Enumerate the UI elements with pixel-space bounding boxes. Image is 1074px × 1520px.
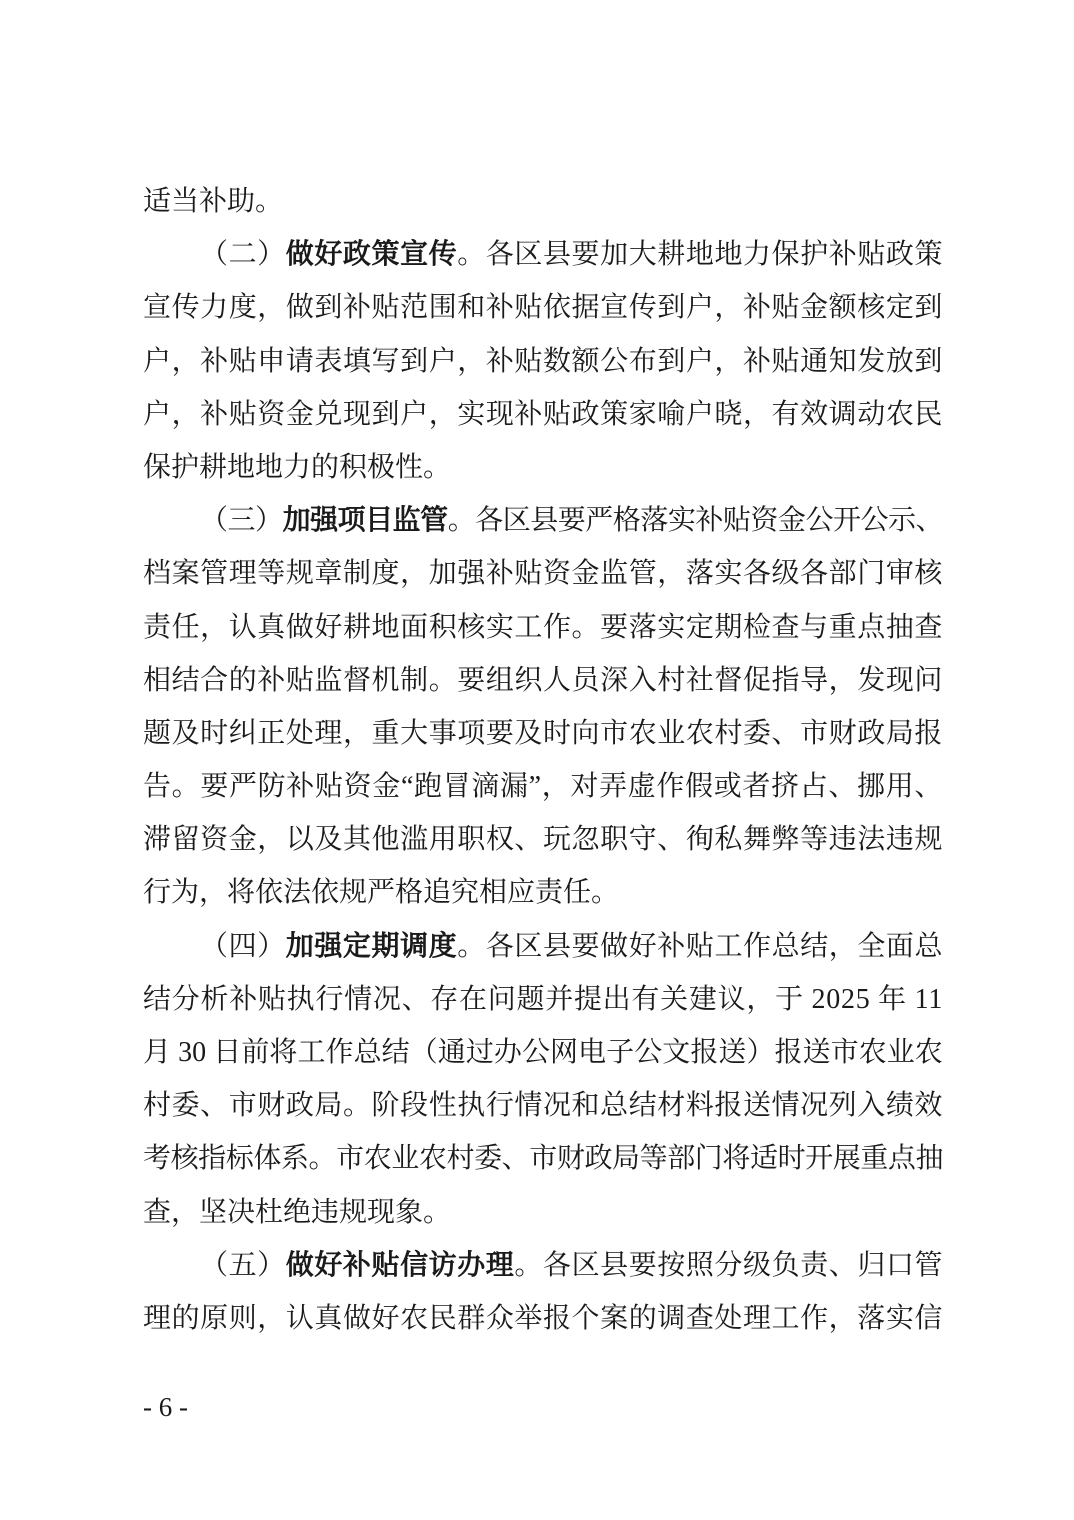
text-line: 户，补贴资金兑现到户，实现补贴政策家喻户晓，有效调动农民 [143,388,943,441]
text-segment: （四） [200,931,286,962]
text-line-content: 保护耕地地力的积极性。 [143,452,451,483]
text-segment: 滞留资金，以及其他滥用职权、玩忽职守、徇私舞弊等违法违规 [143,824,943,855]
section-heading: 做好政策宣传 [286,239,457,270]
text-segment: 查，坚决杜绝违规现象。 [143,1197,451,1228]
text-line-content: 户，补贴资金兑现到户，实现补贴政策家喻户晓，有效调动农民 [143,399,943,430]
text-line-content: 适当补助。 [143,186,283,217]
text-segment: 。各区县要做好补贴工作总结，全面总 [457,931,943,962]
text-line-content: 查，坚决杜绝违规现象。 [143,1197,451,1228]
text-line: （三）加强项目监管。各区县要严格落实补贴资金公开公示、 [143,494,943,547]
text-segment: 。各区县要严格落实补贴资金公开公示、 [448,505,943,536]
text-line-content: 考核指标体系。市农业农村委、市财政局等部门将适时开展重点抽 [143,1143,943,1174]
text-segment: 相结合的补贴监督机制。要组织人员深入村社督促指导，发现问 [143,665,943,696]
text-line: 责任，认真做好耕地面积核实工作。要落实定期检查与重点抽查 [143,601,943,654]
text-line: 村委、市财政局。阶段性执行情况和总结材料报送情况列入绩效 [143,1079,943,1132]
text-line: 理的原则，认真做好农民群众举报个案的调查处理工作，落实信 [143,1292,943,1345]
text-segment: 题及时纠正处理，重大事项要及时向市农业农村委、市财政局报 [143,718,943,749]
text-segment: 适当补助。 [143,186,283,217]
text-segment: 告。要严防补贴资金“跑冒滴漏”，对弄虚作假或者挤占、挪用、 [143,771,943,802]
text-line: 题及时纠正处理，重大事项要及时向市农业农村委、市财政局报 [143,707,943,760]
text-segment: 户，补贴资金兑现到户，实现补贴政策家喻户晓，有效调动农民 [143,399,943,430]
text-line: 滞留资金，以及其他滥用职权、玩忽职守、徇私舞弊等违法违规 [143,813,943,866]
text-segment: 户，补贴申请表填写到户，补贴数额公布到户，补贴通知发放到 [143,346,943,377]
section-heading: 加强项目监管 [283,505,448,536]
text-segment: 档案管理等规章制度，加强补贴资金监管，落实各级各部门审核 [143,558,943,589]
text-line-content: 相结合的补贴监督机制。要组织人员深入村社督促指导，发现问 [143,665,943,696]
text-line-content: （二）做好政策宣传。各区县要加大耕地地力保护补贴政策 [200,239,943,270]
section-heading: 做好补贴信访办理 [286,1250,515,1281]
text-line: 档案管理等规章制度，加强补贴资金监管，落实各级各部门审核 [143,547,943,600]
text-line: 告。要严防补贴资金“跑冒滴漏”，对弄虚作假或者挤占、挪用、 [143,760,943,813]
text-line: 宣传力度，做到补贴范围和补贴依据宣传到户，补贴金额核定到 [143,281,943,334]
text-segment: （三） [200,505,283,536]
text-line: 适当补助。 [143,175,943,228]
text-line-content: 题及时纠正处理，重大事项要及时向市农业农村委、市财政局报 [143,718,943,749]
text-segment: 结分析补贴执行情况、存在问题并提出有关建议，于 2025 年 11 [143,984,943,1015]
text-line-content: 滞留资金，以及其他滥用职权、玩忽职守、徇私舞弊等违法违规 [143,824,943,855]
text-line-content: 理的原则，认真做好农民群众举报个案的调查处理工作，落实信 [143,1303,943,1334]
text-line: 相结合的补贴监督机制。要组织人员深入村社督促指导，发现问 [143,654,943,707]
text-line-content: 宣传力度，做到补贴范围和补贴依据宣传到户，补贴金额核定到 [143,292,943,323]
text-segment: （五） [200,1250,286,1281]
text-segment: 行为，将依法依规严格追究相应责任。 [143,877,619,908]
text-segment: （二） [200,239,286,270]
text-segment: 。各区县要加大耕地地力保护补贴政策 [457,239,943,270]
text-line: 行为，将依法依规严格追究相应责任。 [143,866,943,919]
text-line-content: 月 30 日前将工作总结（通过办公网电子公文报送）报送市农业农 [143,1037,943,1068]
text-segment: 理的原则，认真做好农民群众举报个案的调查处理工作，落实信 [143,1303,943,1334]
text-line: （二）做好政策宣传。各区县要加大耕地地力保护补贴政策 [143,228,943,281]
text-line: 考核指标体系。市农业农村委、市财政局等部门将适时开展重点抽 [143,1132,943,1185]
text-line: 户，补贴申请表填写到户，补贴数额公布到户，补贴通知发放到 [143,335,943,388]
page-number: - 6 - [143,1391,188,1423]
text-line: 查，坚决杜绝违规现象。 [143,1186,943,1239]
text-segment: 月 30 日前将工作总结（通过办公网电子公文报送）报送市农业农 [143,1037,943,1068]
text-line-content: （五）做好补贴信访办理。各区县要按照分级负责、归口管 [200,1250,943,1281]
text-line-content: 行为，将依法依规严格追究相应责任。 [143,877,619,908]
text-line-content: （四）加强定期调度。各区县要做好补贴工作总结，全面总 [200,931,943,962]
text-segment: 。各区县要按照分级负责、归口管 [514,1250,943,1281]
text-segment: 村委、市财政局。阶段性执行情况和总结材料报送情况列入绩效 [143,1090,943,1121]
text-line: 保护耕地地力的积极性。 [143,441,943,494]
text-line-content: 村委、市财政局。阶段性执行情况和总结材料报送情况列入绩效 [143,1090,943,1121]
document-page: 适当补助。（二）做好政策宣传。各区县要加大耕地地力保护补贴政策宣传力度，做到补贴… [0,0,1074,1520]
text-line-content: 档案管理等规章制度，加强补贴资金监管，落实各级各部门审核 [143,558,943,589]
text-line-content: 结分析补贴执行情况、存在问题并提出有关建议，于 2025 年 11 [143,984,943,1015]
document-body: 适当补助。（二）做好政策宣传。各区县要加大耕地地力保护补贴政策宣传力度，做到补贴… [143,175,943,1345]
text-line: 结分析补贴执行情况、存在问题并提出有关建议，于 2025 年 11 [143,973,943,1026]
text-line-content: 责任，认真做好耕地面积核实工作。要落实定期检查与重点抽查 [143,612,943,643]
text-line: （四）加强定期调度。各区县要做好补贴工作总结，全面总 [143,920,943,973]
text-line: （五）做好补贴信访办理。各区县要按照分级负责、归口管 [143,1239,943,1292]
text-segment: 宣传力度，做到补贴范围和补贴依据宣传到户，补贴金额核定到 [143,292,943,323]
text-segment: 保护耕地地力的积极性。 [143,452,451,483]
text-segment: 责任，认真做好耕地面积核实工作。要落实定期检查与重点抽查 [143,612,943,643]
section-heading: 加强定期调度 [286,931,457,962]
text-line-content: （三）加强项目监管。各区县要严格落实补贴资金公开公示、 [200,505,943,536]
text-line: 月 30 日前将工作总结（通过办公网电子公文报送）报送市农业农 [143,1026,943,1079]
text-line-content: 告。要严防补贴资金“跑冒滴漏”，对弄虚作假或者挤占、挪用、 [143,771,943,802]
text-line-content: 户，补贴申请表填写到户，补贴数额公布到户，补贴通知发放到 [143,346,943,377]
text-segment: 考核指标体系。市农业农村委、市财政局等部门将适时开展重点抽 [143,1143,943,1174]
